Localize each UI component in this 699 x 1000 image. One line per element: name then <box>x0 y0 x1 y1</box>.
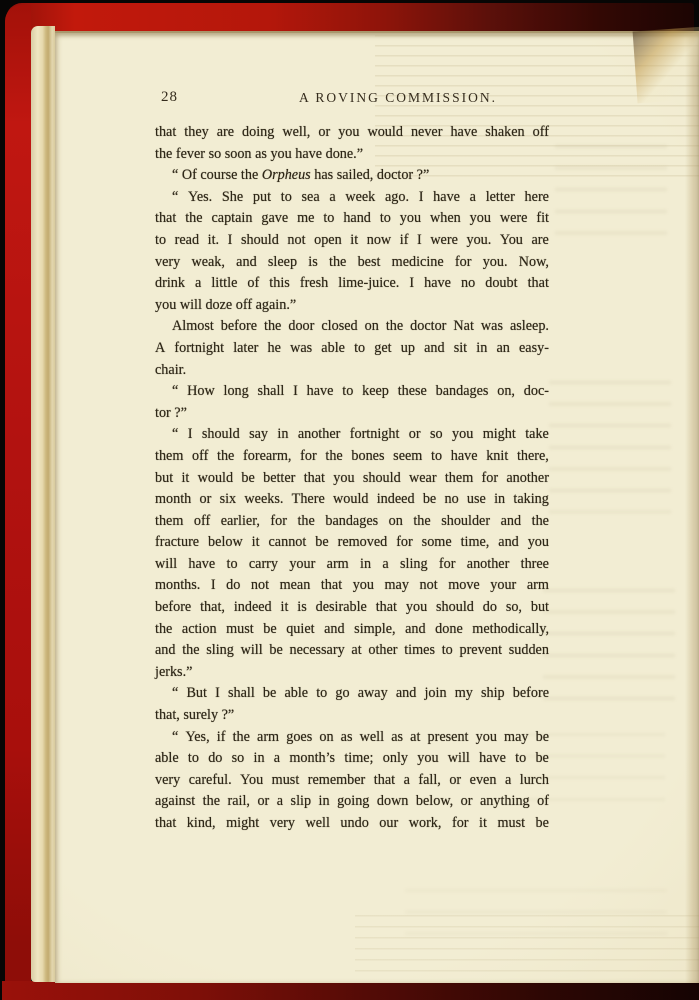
text-line: “Yes.Sheputtoseaaweekago.Ihavealetterher… <box>155 187 549 209</box>
page-corner-top-right <box>633 27 699 104</box>
page-header: 28 A ROVING COMMISSION. <box>155 88 549 108</box>
text-line: thatthecaptaingavemetohandtoyouwhenyouwe… <box>155 208 549 230</box>
text-line: fracturebelowitcannotberemovedforsometim… <box>155 532 549 554</box>
text-line: veryweak,andsleepisthebestmedicineforyou… <box>155 252 549 274</box>
text-line: the fever so soon as you have done.” <box>155 144 549 166</box>
text-line: jerks.” <box>155 662 549 684</box>
text-line: “HowlongshallIhavetokeepthesebandageson,… <box>155 381 549 403</box>
text-line: months.Idonotmeanthatyoumaynotmoveyourar… <box>155 575 549 597</box>
book-cover-top <box>6 3 694 32</box>
text-line: “ Of course the Orpheus has sailed, doct… <box>155 165 549 187</box>
text-line: drinkalittleofthisfreshlime-juice.Ihaven… <box>155 273 549 295</box>
paragraph: thattheyaredoingwell,oryouwouldneverhave… <box>155 122 549 165</box>
running-title: A ROVING COMMISSION. <box>201 90 595 106</box>
text-line: willhavetocarryyourarminaslingforanother… <box>155 554 549 576</box>
text-line: thattheyaredoingwell,oryouwouldneverhave… <box>155 122 549 144</box>
text-line: theactionmustbequietandsimple,anddonemet… <box>155 619 549 641</box>
text-line: themoffearlier,forthebandagesontheshould… <box>155 511 549 533</box>
page-curve-shadow-right <box>685 33 699 983</box>
text-line: that, surely ?” <box>155 705 549 727</box>
text-line: you will doze off again.” <box>155 295 549 317</box>
page-number: 28 <box>161 89 178 106</box>
paragraph: “Yes,ifthearmgoesonaswellasatpresentyoum… <box>155 727 549 835</box>
page-showthrough <box>543 589 675 711</box>
book-cover-bottom <box>2 981 699 1000</box>
book-scan: 28 A ROVING COMMISSION. thattheyaredoing… <box>0 0 699 1000</box>
page-showthrough <box>405 889 667 947</box>
text-line: abletodosoinamonth’stime;onlyyouwillhave… <box>155 748 549 770</box>
book-page: 28 A ROVING COMMISSION. thattheyaredoing… <box>55 31 699 983</box>
text-line: tor ?” <box>155 403 549 425</box>
text-line: thatkind,mightverywellundoourwork,foritm… <box>155 813 549 835</box>
text-line: “Ishouldsayinanotherfortnightorsoyoumigh… <box>155 424 549 446</box>
text-line: monthorsixweeks.Therewouldindeedbenousei… <box>155 489 549 511</box>
text-line: verycareful.Youmustrememberthatafall,ore… <box>155 770 549 792</box>
text-line: chair. <box>155 360 549 382</box>
book-cover-spine-left <box>5 5 31 995</box>
text-line: againsttherail,oraslipingoingdownbelow,o… <box>155 791 549 813</box>
paragraph: “HowlongshallIhavetokeepthesebandageson,… <box>155 381 549 424</box>
text-line: “Yes,ifthearmgoesonaswellasatpresentyoum… <box>155 727 549 749</box>
page-showthrough <box>549 381 671 513</box>
page-showthrough <box>555 145 667 245</box>
paragraph: “ButIshallbeabletogoawayandjoinmyshipbef… <box>155 683 549 726</box>
text-line: themofftheforearm,forthebonesseemtohavek… <box>155 446 549 468</box>
text-line: butitwouldbebetterthatyoushouldwearthemf… <box>155 468 549 490</box>
page-body: thattheyaredoingwell,oryouwouldneverhave… <box>155 122 549 835</box>
paragraph: “Ishouldsayinanotherfortnightorsoyoumigh… <box>155 424 549 683</box>
text-line: Afortnightlaterhewasabletogetupandsitina… <box>155 338 549 360</box>
paragraph: “ Of course the Orpheus has sailed, doct… <box>155 165 549 187</box>
page-edges-left <box>31 26 55 982</box>
text-line: andtheslingwillbenecessaryatothertimesto… <box>155 640 549 662</box>
text-line: AlmostbeforethedoorclosedonthedoctorNatw… <box>155 316 549 338</box>
text-line: beforethat,indeeditisdesirablethatyousho… <box>155 597 549 619</box>
text-line: toreadit.IshouldnotopenitnowifIwereyou.Y… <box>155 230 549 252</box>
text-line: “ButIshallbeabletogoawayandjoinmyshipbef… <box>155 683 549 705</box>
paragraph: AlmostbeforethedoorclosedonthedoctorNatw… <box>155 316 549 381</box>
paragraph: “Yes.Sheputtoseaaweekago.Ihavealetterher… <box>155 187 549 317</box>
